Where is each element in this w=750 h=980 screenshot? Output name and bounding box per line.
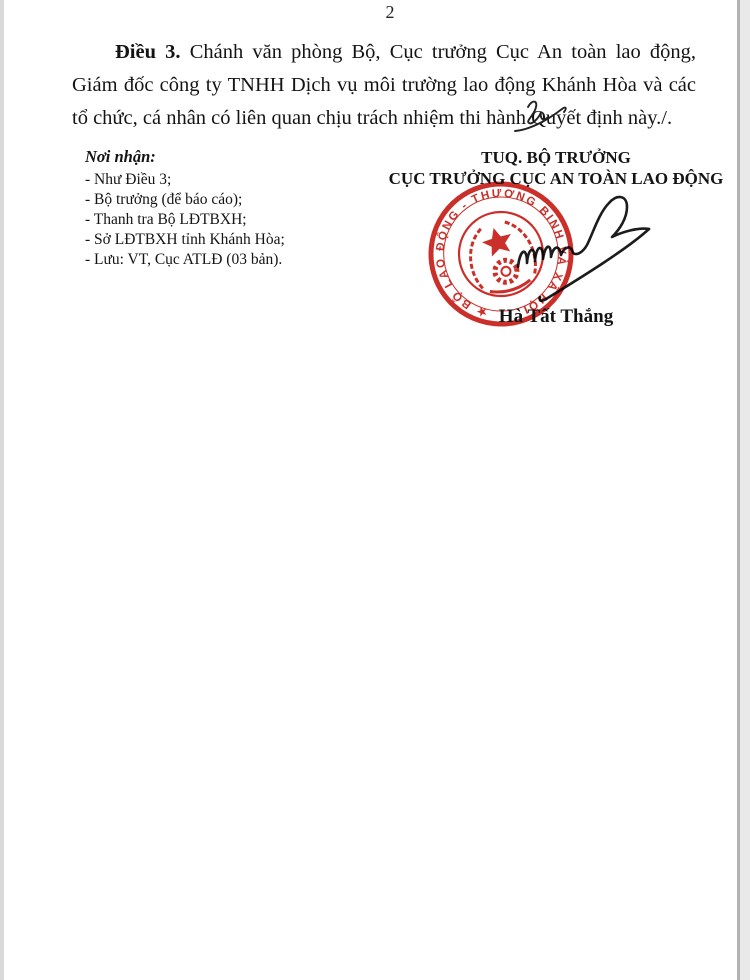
article-3-paragraph: Điều 3. Chánh văn phòng Bộ, Cục trưởng C…	[72, 36, 696, 135]
scan-edge-left	[0, 0, 4, 980]
recipient-item: - Lưu: VT, Cục ATLĐ (03 bản).	[85, 250, 345, 270]
recipients-block: Nơi nhận: - Như Điều 3; - Bộ trưởng (để …	[85, 147, 345, 270]
scan-edge-right-strip	[740, 0, 750, 980]
recipient-item: - Sở LĐTBXH tỉnh Khánh Hòa;	[85, 230, 345, 250]
recipients-title: Nơi nhận:	[85, 147, 345, 167]
article-3-label: Điều 3.	[115, 41, 181, 63]
document-page: 2 Điều 3. Chánh văn phòng Bộ, Cục trưởng…	[0, 0, 750, 980]
handwritten-initial	[512, 96, 572, 138]
signer-name: Hà Tất Thắng	[440, 306, 672, 328]
signature-authority-line1: TUQ. BỘ TRƯỞNG	[388, 147, 724, 168]
handwritten-signature	[500, 183, 670, 307]
recipient-item: - Thanh tra Bộ LĐTBXH;	[85, 210, 345, 230]
recipient-item: - Như Điều 3;	[85, 170, 345, 190]
recipient-item: - Bộ trưởng (để báo cáo);	[85, 190, 345, 210]
page-number: 2	[30, 2, 750, 23]
